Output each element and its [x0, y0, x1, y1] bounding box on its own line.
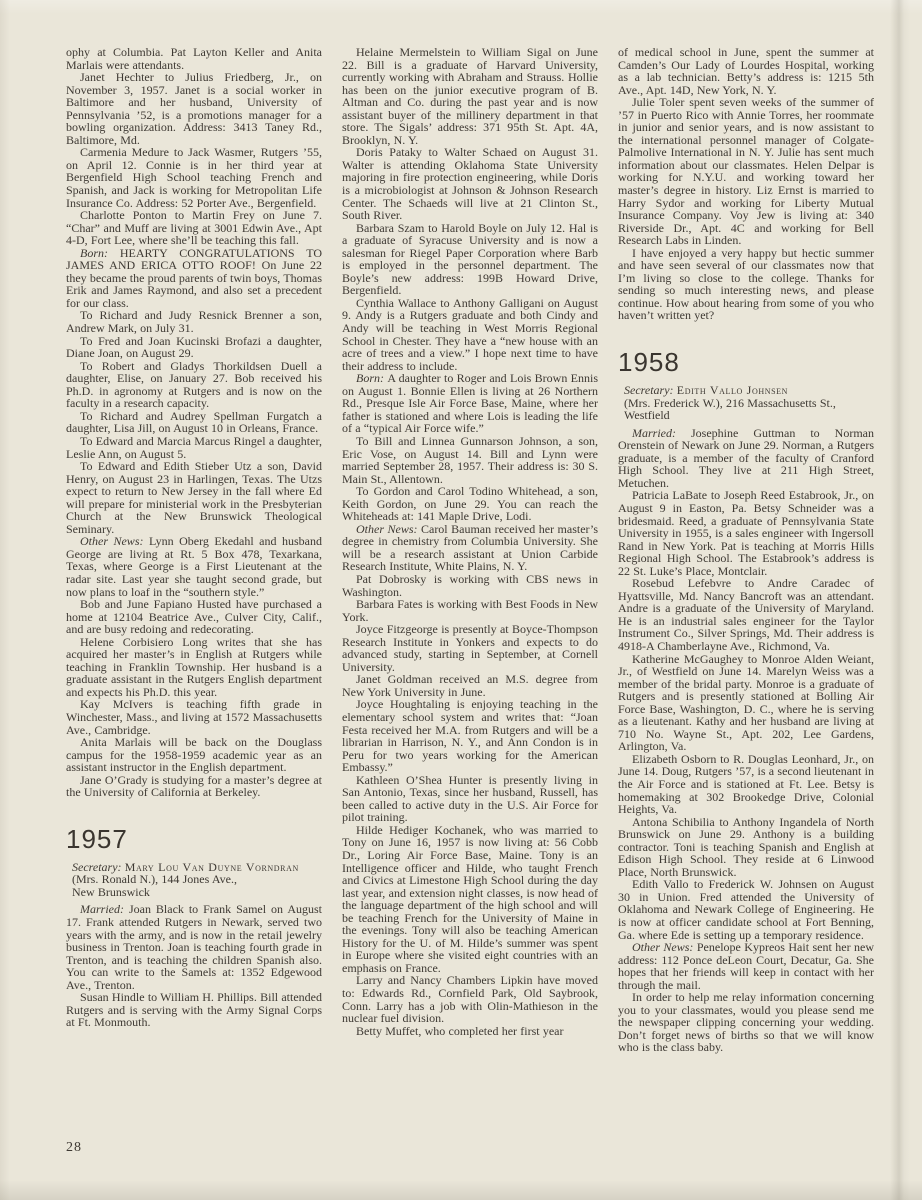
paragraph: Janet Hechter to Julius Friedberg, Jr., … — [66, 71, 322, 146]
text-columns: ophy at Columbia. Pat Layton Keller and … — [66, 46, 874, 1054]
paragraph: Joyce Fitzgeorge is presently at Boyce-T… — [342, 623, 598, 673]
paragraph: I have enjoyed a very happy but hectic s… — [618, 247, 874, 322]
paragraph: Susan Hindle to William H. Phillips. Bil… — [66, 991, 322, 1029]
secretary-label: Secretary: — [624, 383, 677, 397]
paragraph: Anita Marlais will be back on the Dougla… — [66, 736, 322, 774]
secretary-name: Edith Vallo Johnsen — [677, 383, 788, 397]
paragraph: Katherine McGaughey to Monroe Alden Weia… — [618, 653, 874, 753]
column-1: ophy at Columbia. Pat Layton Keller and … — [66, 46, 322, 1054]
paragraph: Larry and Nancy Chambers Lipkin have mov… — [342, 974, 598, 1024]
paragraph: In order to help me relay information co… — [618, 991, 874, 1054]
paragraph: Kay McIvers is teaching fifth grade in W… — [66, 698, 322, 736]
paragraph: To Edward and Edith Stieber Utz a son, D… — [66, 460, 322, 535]
paragraph: Joyce Houghtaling is enjoying teaching i… — [342, 698, 598, 773]
paragraph: Cynthia Wallace to Anthony Galligani on … — [342, 297, 598, 372]
lead-in-label: Married: — [632, 426, 691, 440]
paragraph: Pat Dobrosky is working with CBS news in… — [342, 573, 598, 598]
paragraph: To Richard and Audrey Spellman Furgatch … — [66, 410, 322, 435]
lead-in-label: Married: — [80, 902, 129, 916]
lead-in-label: Other News: — [356, 522, 421, 536]
paragraph: Helaine Mermelstein to William Sigal on … — [342, 46, 598, 146]
paragraph: Edith Vallo to Frederick W. Johnsen on A… — [618, 878, 874, 941]
paragraph: To Bill and Linnea Gunnarson Johnson, a … — [342, 435, 598, 485]
paragraph: To Fred and Joan Kucinski Brofazi a daug… — [66, 335, 322, 360]
paragraph: Betty Muffet, who completed her first ye… — [342, 1025, 598, 1038]
paragraph: To Gordon and Carol Todino Whitehead, a … — [342, 485, 598, 523]
lead-in-label: Other News: — [632, 940, 697, 954]
paragraph: To Richard and Judy Resnick Brenner a so… — [66, 309, 322, 334]
paragraph: Rosebud Lefebvre to Andre Caradec of Hya… — [618, 577, 874, 652]
secretary-block: Secretary: Mary Lou Van Duyne Vorndran(M… — [66, 861, 322, 899]
magazine-page: ophy at Columbia. Pat Layton Keller and … — [0, 0, 922, 1200]
paragraph: Patricia LaBate to Joseph Reed Estabrook… — [618, 489, 874, 577]
paragraph: Janet Goldman received an M.S. degree fr… — [342, 673, 598, 698]
entry-paragraph: Other News: Carol Bauman received her ma… — [342, 523, 598, 573]
paragraph: Bob and June Fapiano Husted have purchas… — [66, 598, 322, 636]
paragraph: of medical school in June, spent the sum… — [618, 46, 874, 96]
paragraph: To Robert and Gladys Thorkildsen Duell a… — [66, 360, 322, 410]
column-2: Helaine Mermelstein to William Sigal on … — [342, 46, 598, 1054]
class-year-heading: 1958 — [618, 348, 874, 376]
paragraph: Charlotte Ponton to Martin Frey on June … — [66, 209, 322, 247]
paragraph: Hilde Hediger Kochanek, who was married … — [342, 824, 598, 975]
paragraph: Jane O’Grady is studying for a master’s … — [66, 774, 322, 799]
page-number: 28 — [66, 1140, 82, 1156]
entry-paragraph: Born: A daughter to Roger and Lois Brown… — [342, 372, 598, 435]
paragraph: Julie Toler spent seven weeks of the sum… — [618, 96, 874, 247]
entry-paragraph: Married: Joan Black to Frank Samel on Au… — [66, 903, 322, 991]
lead-in-label: Born: — [80, 246, 120, 260]
paragraph: Barbara Szam to Harold Boyle on July 12.… — [342, 222, 598, 297]
paragraph: Kathleen O’Shea Hunter is presently livi… — [342, 774, 598, 824]
lead-in-label: Other News: — [80, 534, 149, 548]
secretary-block: Secretary: Edith Vallo Johnsen(Mrs. Fred… — [618, 384, 874, 422]
paragraph: Elizabeth Osborn to R. Douglas Leonhard,… — [618, 753, 874, 816]
secretary-address-line: New Brunswick — [72, 886, 322, 899]
column-3: of medical school in June, spent the sum… — [618, 46, 874, 1054]
paragraph: Carmenia Medure to Jack Wasmer, Rutgers … — [66, 146, 322, 209]
paragraph: Barbara Fates is working with Best Foods… — [342, 598, 598, 623]
paragraph: Helene Corbisiero Long writes that she h… — [66, 636, 322, 699]
paragraph: To Edward and Marcia Marcus Ringel a dau… — [66, 435, 322, 460]
lead-in-label: Born: — [356, 371, 387, 385]
entry-paragraph: Born: HEARTY CONGRATULATIONS TO JAMES AN… — [66, 247, 322, 310]
paragraph: ophy at Columbia. Pat Layton Keller and … — [66, 46, 322, 71]
entry-paragraph: Other News: Penelope Kypreos Hait sent h… — [618, 941, 874, 991]
paragraph: Doris Pataky to Walter Schaed on August … — [342, 146, 598, 221]
paragraph: Antona Schibilia to Anthony Ingandela of… — [618, 816, 874, 879]
secretary-address-line: Westfield — [624, 409, 874, 422]
entry-paragraph: Other News: Lynn Oberg Ekedahl and husba… — [66, 535, 322, 598]
entry-paragraph: Married: Josephine Guttman to Norman Ore… — [618, 427, 874, 490]
class-year-heading: 1957 — [66, 825, 322, 853]
